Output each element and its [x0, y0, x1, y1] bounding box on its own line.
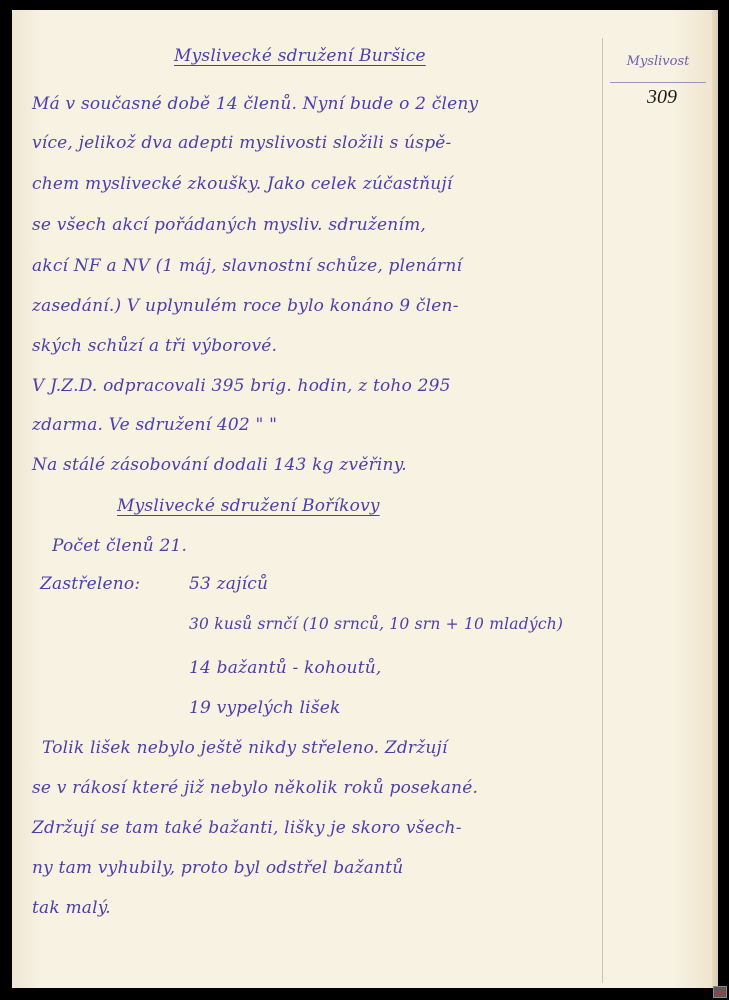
- text-line: akcí NF a NV (1 máj, slavnostní schůze, …: [32, 256, 462, 276]
- shot-item: 53 zajíců: [189, 574, 268, 594]
- ledger-page: Myslivost 309 Myslivecké sdružení Buršic…: [12, 10, 718, 988]
- page-number: 309: [632, 86, 692, 109]
- text-line: Zdržují se tam také bažanti, lišky je sk…: [32, 818, 462, 838]
- viewer-corner-icon[interactable]: [713, 986, 727, 998]
- section1-heading: Myslivecké sdružení Buršice: [174, 46, 426, 66]
- shot-item: 19 vypelých lišek: [189, 698, 340, 718]
- text-line: ny tam vyhubily, proto byl odstřel bažan…: [32, 858, 403, 878]
- text-line: V J.Z.D. odpracovali 395 brig. hodin, z …: [32, 376, 451, 396]
- margin-rule: [610, 82, 706, 83]
- text-line: zasedání.) V uplynulém roce bylo konáno …: [32, 296, 459, 316]
- text-line: ských schůzí a tři výborové.: [32, 336, 277, 356]
- text-line: se všech akcí pořádaných mysliv. sdružen…: [32, 215, 426, 235]
- shot-item: 30 kusů srnčí (10 srnců, 10 srn + 10 mla…: [189, 615, 563, 633]
- margin-note: Myslivost: [610, 54, 706, 69]
- text-line: se v rákosí které již nebylo několik rok…: [32, 778, 478, 798]
- text-line: Na stálé zásobování dodali 143 kg zvěřin…: [32, 455, 407, 475]
- text-line: více, jelikož dva adepti myslivosti slož…: [32, 133, 452, 153]
- text-line: tak malý.: [32, 898, 111, 918]
- text-line: Tolik lišek nebylo ještě nikdy střeleno.…: [42, 738, 448, 758]
- members-count: Počet členů 21.: [52, 536, 187, 556]
- shot-item: 14 bažantů - kohoutů,: [189, 658, 381, 678]
- page-edge: [712, 10, 718, 988]
- text-line: chem myslivecké zkoušky. Jako celek zúča…: [32, 174, 453, 194]
- text-line: zdarma. Ve sdružení 402 " ": [32, 415, 277, 435]
- shot-label: Zastřeleno:: [40, 574, 140, 594]
- text-line: Má v současné době 14 členů. Nyní bude o…: [32, 94, 478, 114]
- section2-heading: Myslivecké sdružení Boříkovy: [117, 496, 380, 516]
- margin-divider: [602, 38, 603, 983]
